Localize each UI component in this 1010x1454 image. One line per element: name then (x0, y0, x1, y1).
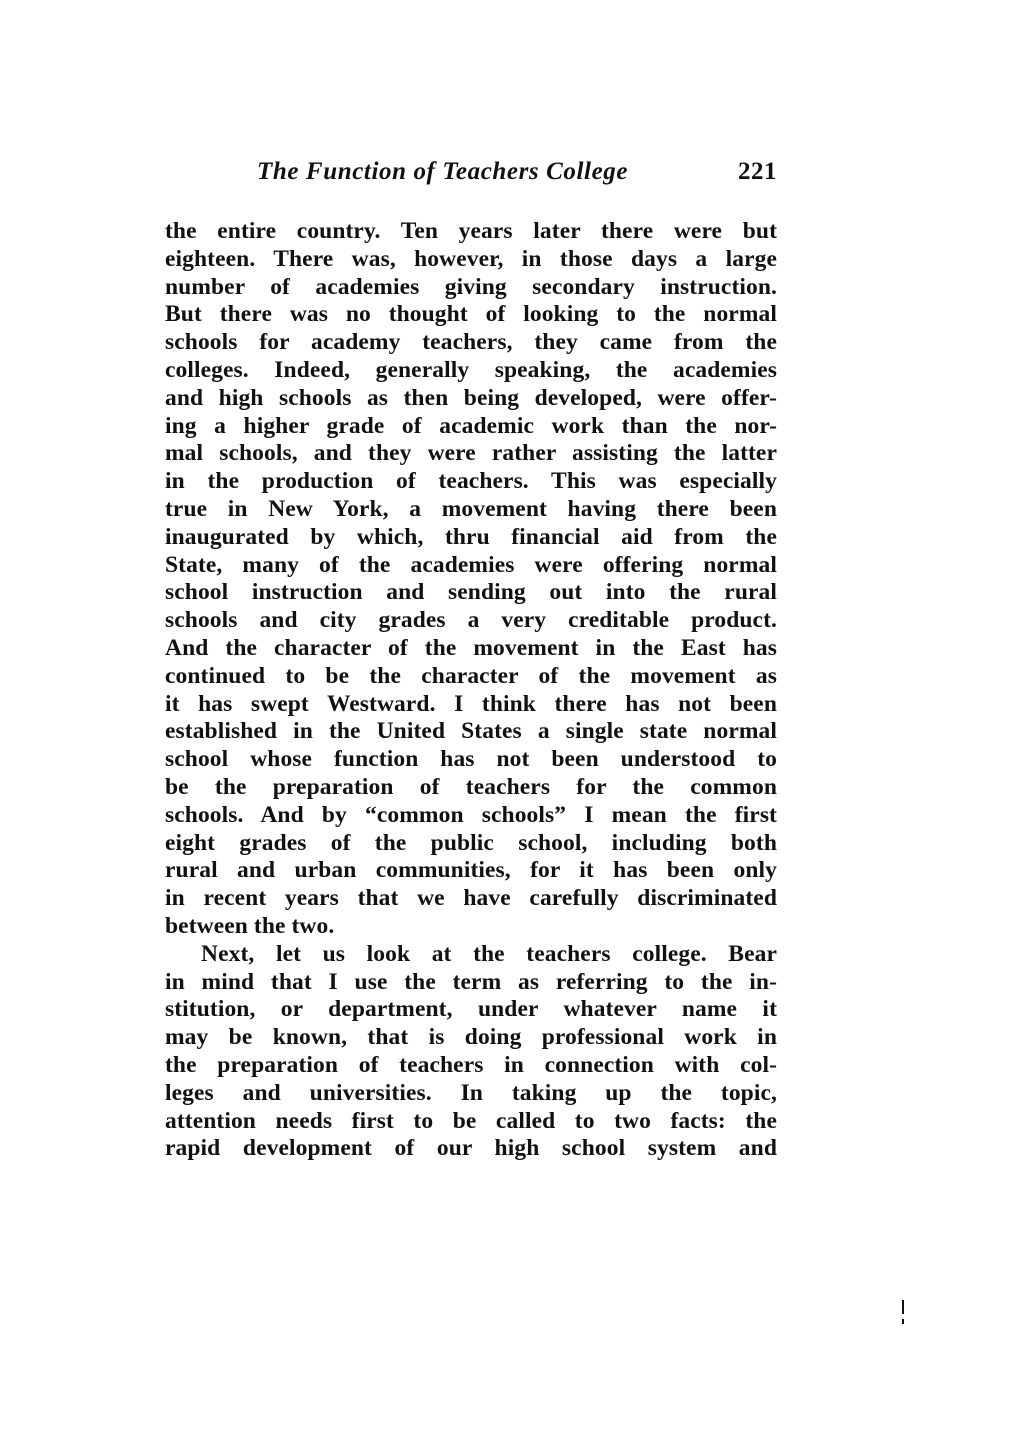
text-line: in mind that I use the term as referring… (165, 969, 777, 997)
margin-mark (902, 1300, 904, 1324)
text-line: in recent years that we have carefully d… (165, 885, 777, 913)
margin-mark-upper (902, 1300, 904, 1314)
text-line: schools. And by “common schools” I mean … (165, 802, 777, 830)
text-line: inaugurated by which, thru financial aid… (165, 524, 777, 552)
text-line: But there was no thought of looking to t… (165, 301, 777, 329)
text-line: stitution, or department, under whatever… (165, 996, 777, 1024)
text-line: in the production of teachers. This was … (165, 468, 777, 496)
running-title: The Function of Teachers College (257, 158, 628, 186)
text-line: it has swept Westward. I think there has… (165, 691, 777, 719)
text-line: number of academies giving secondary ins… (165, 274, 777, 302)
text-line: school instruction and sending out into … (165, 579, 777, 607)
text-line: attention needs first to be called to tw… (165, 1108, 777, 1136)
paragraph-start-line: Next, let us look at the teachers colleg… (165, 941, 777, 969)
text-line: ing a higher grade of academic work than… (165, 413, 777, 441)
text-line: the entire country. Ten years later ther… (165, 218, 777, 246)
text-line: the preparation of teachers in connectio… (165, 1052, 777, 1080)
text-line: continued to be the character of the mov… (165, 663, 777, 691)
text-line: true in New York, a movement having ther… (165, 496, 777, 524)
text-line: eight grades of the public school, inclu… (165, 830, 777, 858)
text-line: colleges. Indeed, generally speaking, th… (165, 357, 777, 385)
text-line: schools and city grades a very creditabl… (165, 607, 777, 635)
body-text: the entire country. Ten years later ther… (165, 218, 777, 1163)
text-line: established in the United States a singl… (165, 718, 777, 746)
page-header: The Function of Teachers College 221 (165, 158, 777, 190)
text-line: and high schools as then being developed… (165, 385, 777, 413)
text-line: mal schools, and they were rather assist… (165, 440, 777, 468)
text-line: rural and urban communities, for it has … (165, 857, 777, 885)
text-line: may be known, that is doing professional… (165, 1024, 777, 1052)
text-line: school whose function has not been under… (165, 746, 777, 774)
page-number: 221 (738, 158, 777, 186)
text-line: State, many of the academies were offeri… (165, 552, 777, 580)
text-line: rapid development of our high school sys… (165, 1135, 777, 1163)
margin-mark-lower (902, 1319, 904, 1324)
text-line: be the preparation of teachers for the c… (165, 774, 777, 802)
text-line: eighteen. There was, however, in those d… (165, 246, 777, 274)
text-line: leges and universities. In taking up the… (165, 1080, 777, 1108)
paragraph-end-line: between the two. (165, 913, 777, 941)
text-line: And the character of the movement in the… (165, 635, 777, 663)
text-line: schools for academy teachers, they came … (165, 329, 777, 357)
